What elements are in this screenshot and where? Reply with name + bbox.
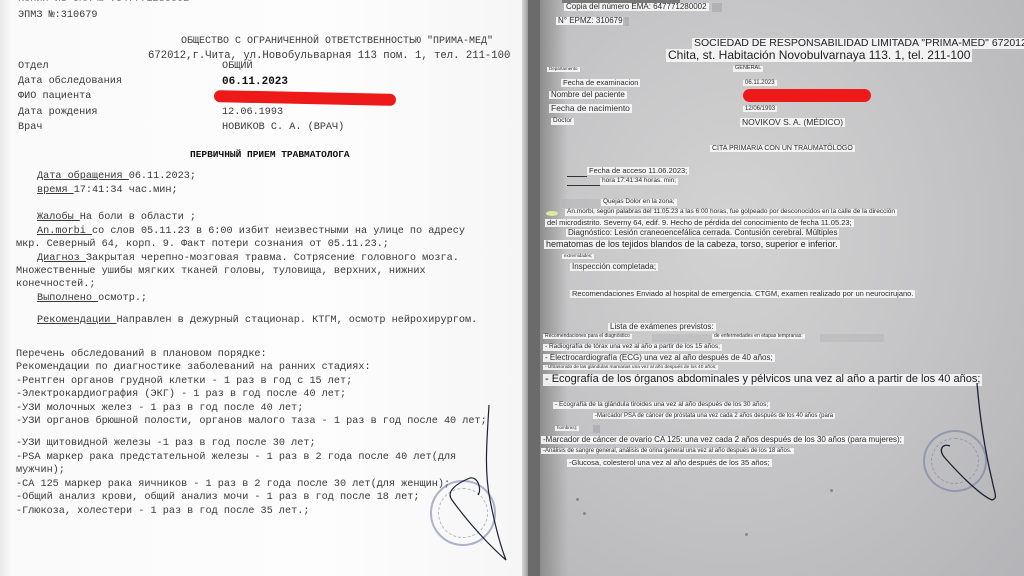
paper-speck bbox=[583, 512, 586, 515]
doctor-signature-icon bbox=[0, 0, 528, 576]
paper-speck bbox=[830, 489, 833, 492]
russian-medical-record-page: Копия из ЭМА № :647771280002 ЭПМЗ №:3106… bbox=[0, 0, 528, 576]
paper-speck bbox=[576, 498, 579, 501]
spanish-translation-page: Copia del número EMA: 647771280002 N° EP… bbox=[540, 0, 1024, 576]
doctor-signature-icon bbox=[540, 0, 1024, 576]
paper-speck bbox=[745, 533, 748, 536]
